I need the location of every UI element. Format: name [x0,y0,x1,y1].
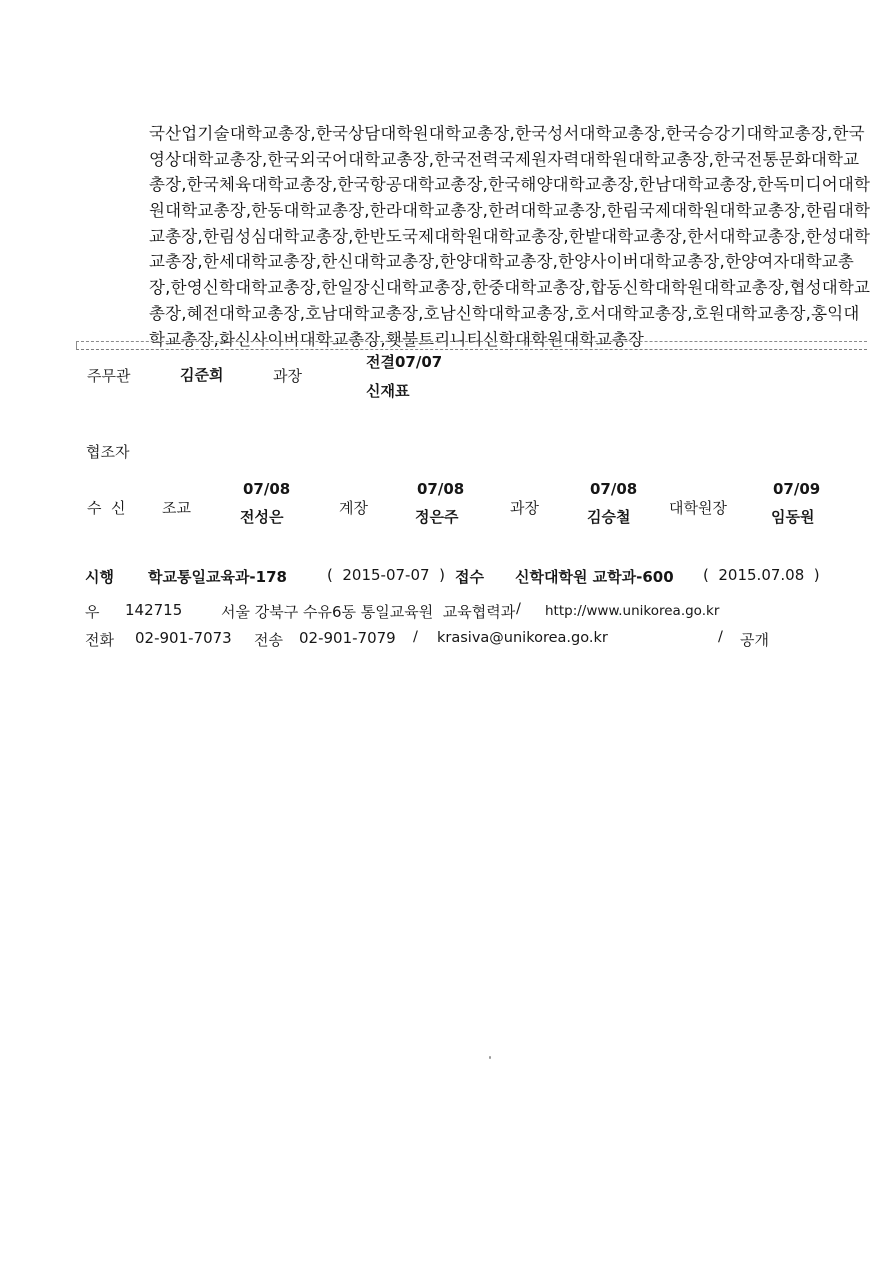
cooperator-label: 협조자 [86,441,129,462]
scan-divider-line [76,341,867,350]
receiver-name: 임동원 [771,506,814,527]
officer-name: 김준희 [180,364,223,385]
receiver-role: 계장 [339,497,368,518]
zip-code: 142715 [125,601,182,619]
scan-artifact-dot [489,1056,491,1059]
receiver-role: 과장 [510,497,539,518]
decision-signer-name: 신재표 [366,380,409,401]
recipient-line: 총장,한국체육대학교총장,한국항공대학교총장,한국해양대학교총장,한남대학교총장… [149,172,851,198]
phone-number: 02-901-7073 [135,629,232,647]
receiver-name: 전성은 [240,506,283,527]
recipient-line: 장,한영신학대학교총장,한일장신대학교총장,한중대학교총장,합동신학대학원대학교… [149,275,851,301]
action-label: 시행 [85,566,114,587]
email-address: krasiva@unikorea.go.kr [437,630,608,646]
fax-number: 02-901-7079 [299,629,396,647]
disclosure-status: 공개 [740,629,769,650]
recipient-line: 원대학교총장,한동대학교총장,한라대학교총장,한려대학교총장,한림국제대학원대학… [149,198,851,224]
recipient-line: 총장,혜전대학교총장,호남대학교총장,호남신학대학교총장,호서대학교총장,호원대… [149,301,851,327]
receiver-name: 정은주 [415,506,458,527]
website-url: http://www.unikorea.go.kr [545,603,719,619]
separator-slash: / [516,601,521,617]
separator-slash: / [718,629,723,645]
receiver-date: 07/09 [773,480,820,498]
receipt-number: 신학대학원 교학과-600 [515,566,674,587]
zip-label: 우 [85,601,100,622]
fax-label: 전송 [254,629,283,650]
decision-stamp: 전결07/07 [366,351,442,372]
recipient-line: 교총장,한세대학교총장,한신대학교총장,한양대학교총장,한양사이버대학교총장,한… [149,249,851,275]
recipient-list: 국산업기술대학교총장,한국상담대학원대학교총장,한국성서대학교총장,한국승강기대… [149,121,851,352]
receiver-role: 대학원장 [669,497,727,518]
receiver-label: 수 신 [87,497,126,518]
officer-label: 주무관 [87,365,130,386]
recipient-line: 교총장,한림성심대학교총장,한반도국제대학원대학교총장,한밭대학교총장,한서대학… [149,224,851,250]
receiver-name: 김승철 [587,506,630,527]
recipient-line: 국산업기술대학교총장,한국상담대학원대학교총장,한국성서대학교총장,한국승강기대… [149,121,851,147]
receipt-date: ( 2015.07.08 ) [703,566,820,584]
receiver-date: 07/08 [590,480,637,498]
receiver-role: 조교 [162,497,191,518]
scanned-document-page: 국산업기술대학교총장,한국상담대학원대학교총장,한국성서대학교총장,한국승강기대… [0,0,893,1264]
manager-label: 과장 [273,365,302,386]
receiver-date: 07/08 [417,480,464,498]
recipient-line: 영상대학교총장,한국외국어대학교총장,한국전력국제원자력대학원대학교총장,한국전… [149,147,851,173]
receipt-label: 접수 [455,566,484,587]
receiver-date: 07/08 [243,480,290,498]
separator-slash: / [413,629,418,645]
action-doc-number: 학교통일교육과-178 [148,566,287,587]
address-text: 서울 강북구 수유6동 통일교육원 교육협력과 [221,601,515,622]
phone-label: 전화 [85,629,114,650]
action-doc-date: ( 2015-07-07 ) [327,566,445,584]
